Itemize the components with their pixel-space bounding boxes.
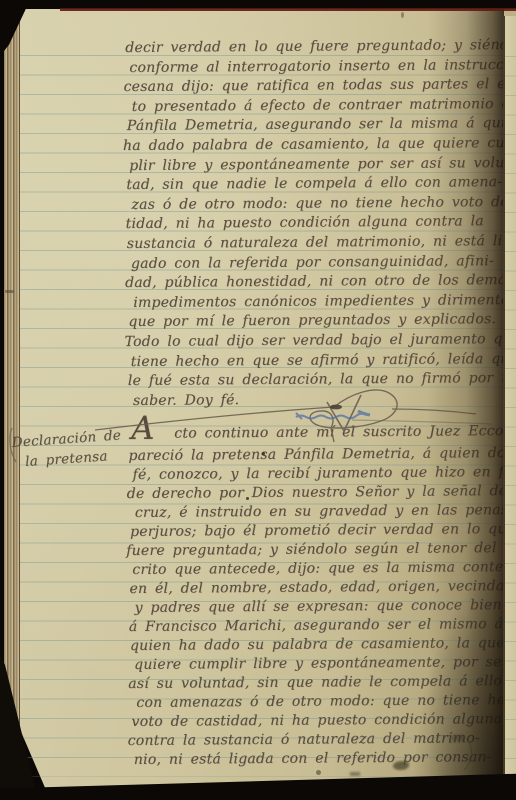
register-book-page-photo: Declaración de la pretensa decir verdad … — [0, 0, 516, 800]
manuscript-line: con amenazas ó de otro modo: que no tien… — [136, 692, 516, 711]
manuscript-line: y padres que allí se expresan: que conoc… — [135, 597, 502, 616]
manuscript-line: á Francisco Marichi, asegurando ser el m… — [129, 616, 503, 635]
manuscript-line: quien ha dado su palabra de casamiento, … — [130, 635, 505, 654]
manuscript-line: crito que antecede, dijo: que es la mism… — [132, 559, 516, 578]
paragraph-bride-declaration: pareció la pretensa Pánfila Demetria, á … — [0, 0, 516, 800]
manuscript-line: voto de castidad, ni ha puesto condición… — [131, 711, 502, 730]
next-page-edge — [503, 16, 516, 780]
manuscript-line: contra la sustancia ó naturaleza del mat… — [128, 730, 480, 749]
manuscript-line: en él, del nombre, estado, edad, origen,… — [129, 578, 513, 597]
manuscript-line: nio, ni está ligada con el referido por … — [134, 749, 492, 768]
manuscript-line: pareció la pretensa Pánfila Demetria, á … — [128, 445, 513, 464]
next-page-ruled-lines — [505, 56, 516, 770]
manuscript-line: cruz, é instruido en su gravedad y en la… — [135, 502, 516, 521]
manuscript-line: quiere cumplir libre y espontáneamente, … — [134, 654, 509, 673]
cover-red-edge — [60, 8, 516, 11]
manuscript-line: fuere preguntada; y siéndolo según el te… — [126, 540, 516, 559]
manuscript-line: fé, conozco, y la recibí juramento que h… — [133, 464, 516, 483]
manuscript-line: perjuros; bajo él prometió decir verdad … — [130, 521, 515, 540]
manuscript-line: así su voluntad, sin que nadie le compel… — [128, 673, 502, 692]
handwritten-text-layer: Declaración de la pretensa decir verdad … — [0, 0, 516, 800]
manuscript-line: de derecho por Dios nuestro Señor y la s… — [127, 483, 516, 502]
